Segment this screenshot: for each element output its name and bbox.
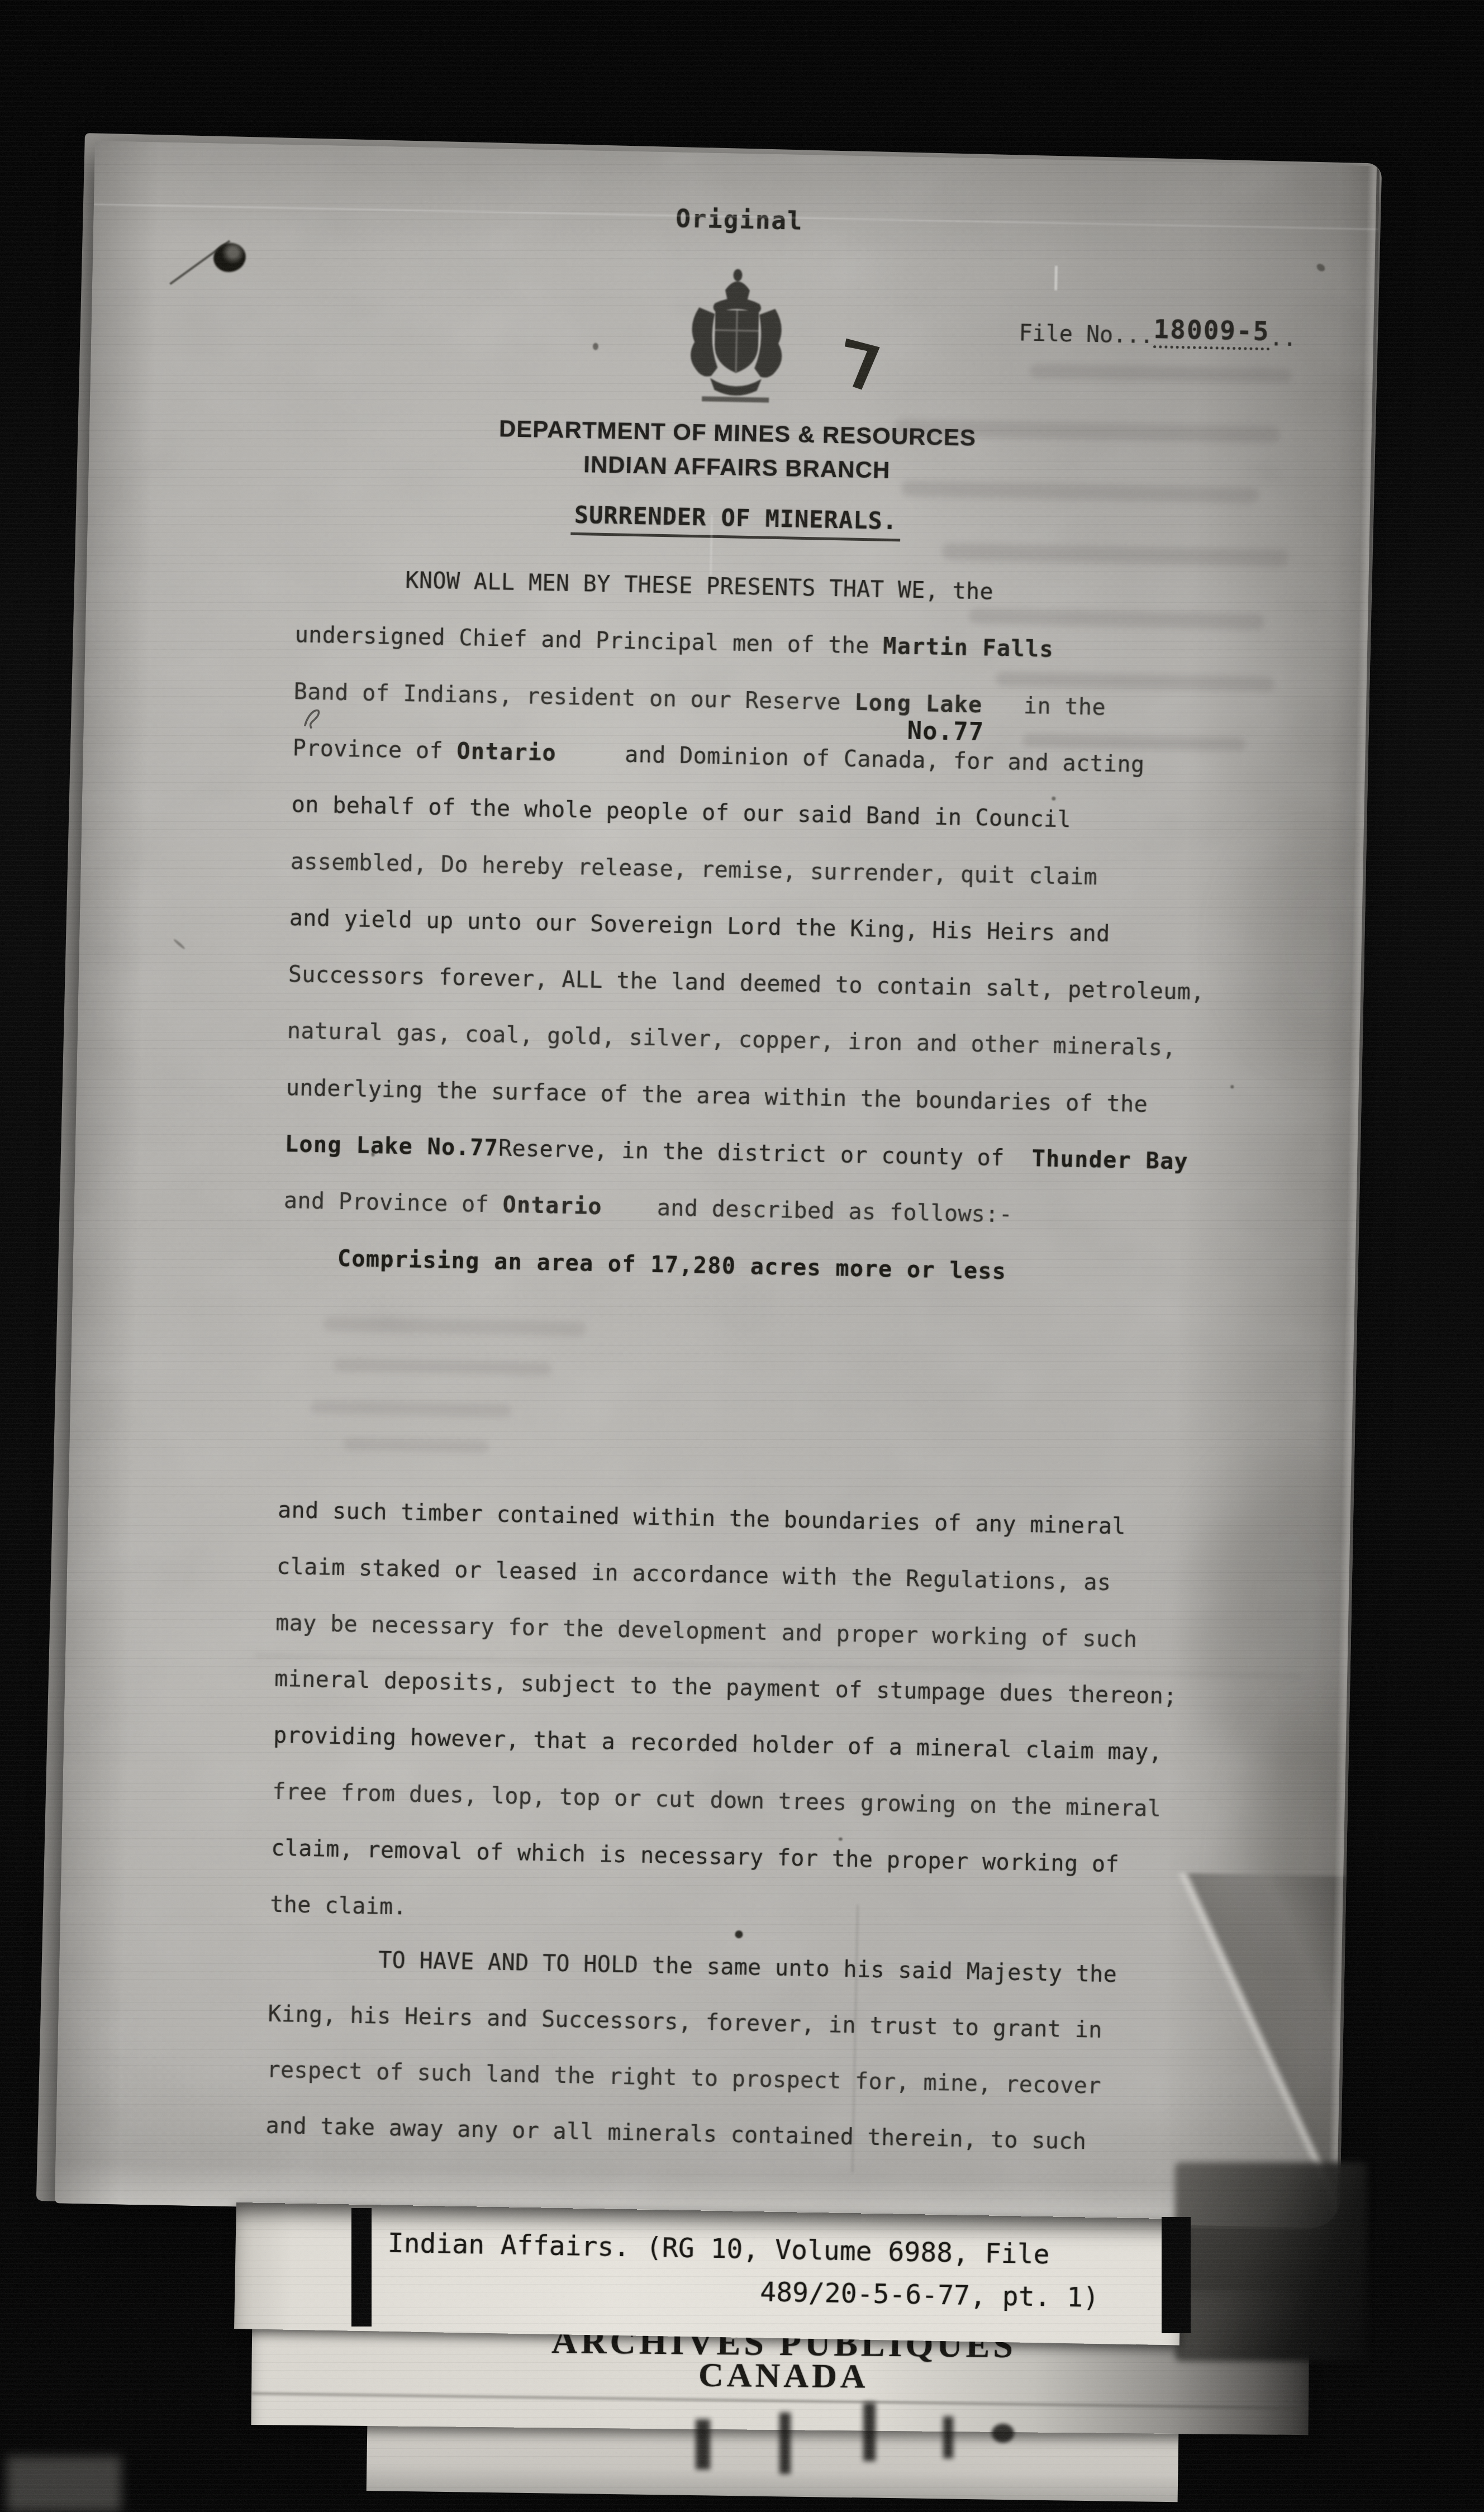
dust-speck — [839, 1838, 843, 1841]
dust-speck — [1052, 797, 1055, 801]
archival-caption-card: Indian Affairs. (RG 10, Volume 6988, Fil… — [234, 2202, 1182, 2345]
film-smudge — [7, 2456, 121, 2512]
dust-speck — [1230, 1085, 1234, 1088]
caption-line-2: 489/20-5-6-77, pt. 1) — [760, 2276, 1100, 2314]
coat-of-arms-icon — [679, 267, 794, 406]
file-number-label: File No... — [1019, 320, 1154, 349]
reserve-number-insert: No.77 — [907, 717, 984, 747]
film-scratch — [1054, 266, 1058, 291]
film-smudge — [943, 2416, 953, 2458]
document-line: the claim. — [270, 1892, 407, 1920]
document-title: SURRENDER OF MINERALS. — [570, 501, 901, 542]
document-corner-shadow — [1175, 2162, 1367, 2361]
stamp-canada: CANADA — [698, 2356, 869, 2397]
film-registration-tab-right — [1162, 2217, 1191, 2333]
film-smudge — [863, 2402, 876, 2461]
film-smudge — [779, 2413, 791, 2474]
microfilm-document-photo: Original File No...18009-5.. DEPARTMENT … — [0, 0, 1484, 2512]
pencil-mark-icon — [301, 703, 325, 731]
film-registration-tab-left — [351, 2208, 372, 2327]
film-smudge — [696, 2419, 710, 2470]
film-smudge — [992, 2424, 1014, 2443]
copy-label: Original — [676, 204, 803, 235]
document-page: Original File No...18009-5.. DEPARTMENT … — [55, 141, 1380, 2228]
file-number-value: 18009-5 — [1153, 314, 1270, 350]
file-number-dots: .. — [1269, 325, 1297, 351]
file-number-line: File No...18009-5.. — [1019, 316, 1297, 356]
caption-line-1: Indian Affairs. (RG 10, Volume 6988, Fil… — [387, 2228, 1050, 2271]
